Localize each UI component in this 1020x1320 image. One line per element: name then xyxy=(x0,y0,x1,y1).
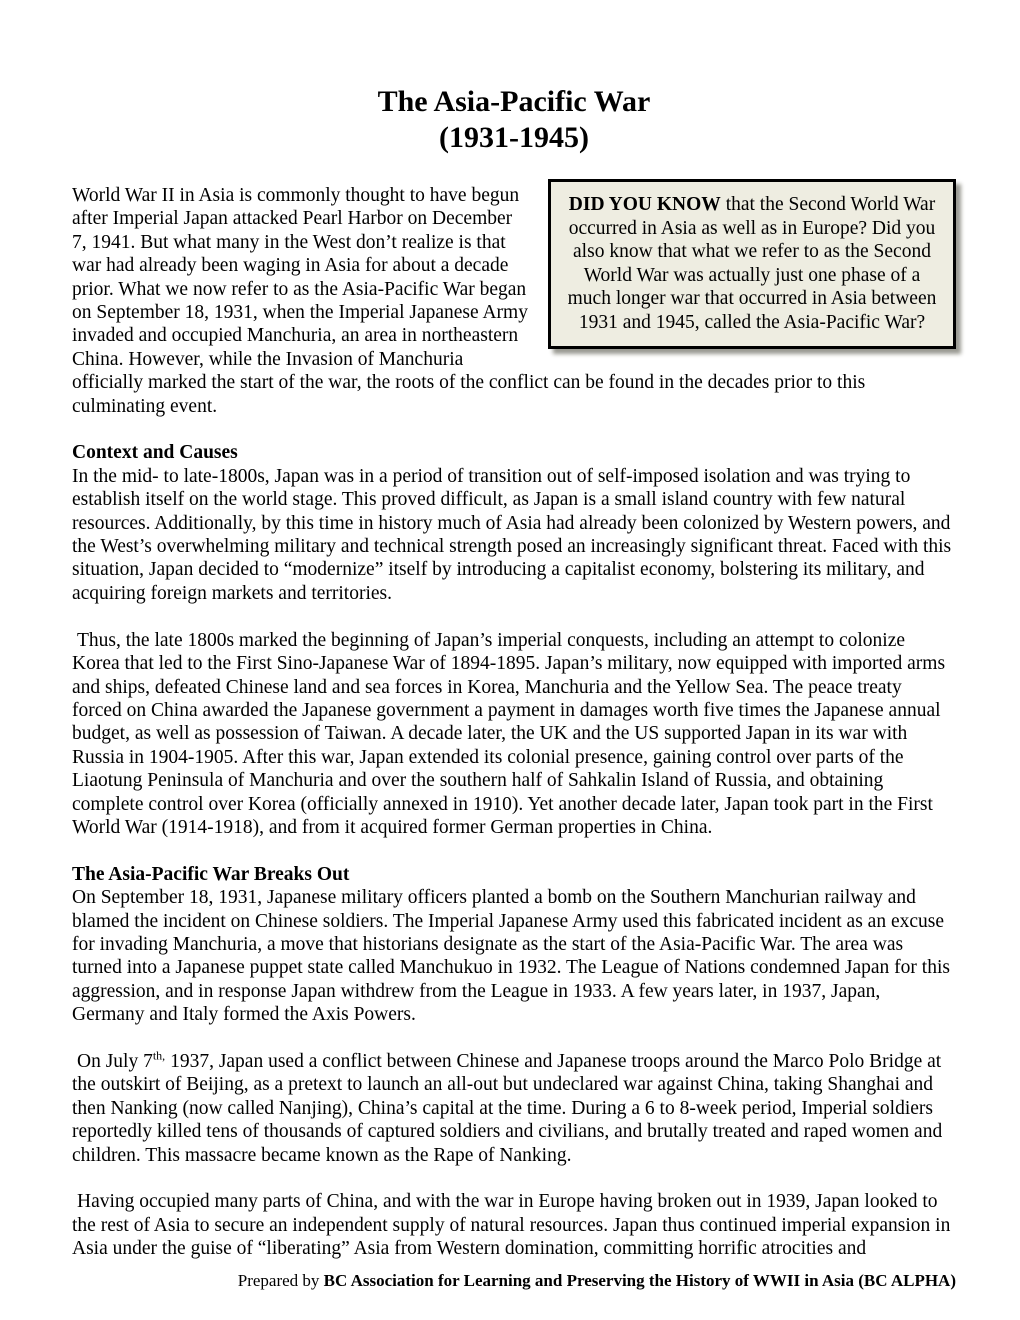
july-7-text: On July 7 xyxy=(77,1051,153,1072)
footer-organization: BC Association for Learning and Preservi… xyxy=(324,1271,956,1290)
breaks-out-paragraph-2: On July 7th, 1937, Japan used a conflict… xyxy=(72,1050,956,1167)
title-line-1: The Asia-Pacific War xyxy=(72,84,956,120)
did-you-know-lead: DID YOU KNOW xyxy=(569,194,721,215)
footer-prefix: Prepared by xyxy=(238,1271,324,1290)
context-paragraph-1: In the mid- to late-1800s, Japan was in … xyxy=(72,465,956,605)
heading-war-breaks-out: The Asia-Pacific War Breaks Out xyxy=(72,863,956,886)
page-title: The Asia-Pacific War (1931-1945) xyxy=(72,84,956,156)
heading-context-and-causes: Context and Causes xyxy=(72,441,956,464)
footer-credit: Prepared by BC Association for Learning … xyxy=(72,1270,956,1292)
intro-block: DID YOU KNOW that the Second World War o… xyxy=(72,184,956,418)
july-7-continuation: 1937, Japan used a conflict between Chin… xyxy=(72,1051,942,1166)
title-line-2: (1931-1945) xyxy=(72,120,956,156)
breaks-out-paragraph-1: On September 18, 1931, Japanese military… xyxy=(72,886,956,1026)
document-page: The Asia-Pacific War (1931-1945) DID YOU… xyxy=(0,0,1020,1320)
did-you-know-callout: DID YOU KNOW that the Second World War o… xyxy=(548,179,956,349)
breaks-out-paragraph-3: Having occupied many parts of China, and… xyxy=(72,1190,956,1260)
ordinal-superscript: th, xyxy=(153,1048,165,1062)
context-paragraph-2: Thus, the late 1800s marked the beginnin… xyxy=(72,629,956,840)
